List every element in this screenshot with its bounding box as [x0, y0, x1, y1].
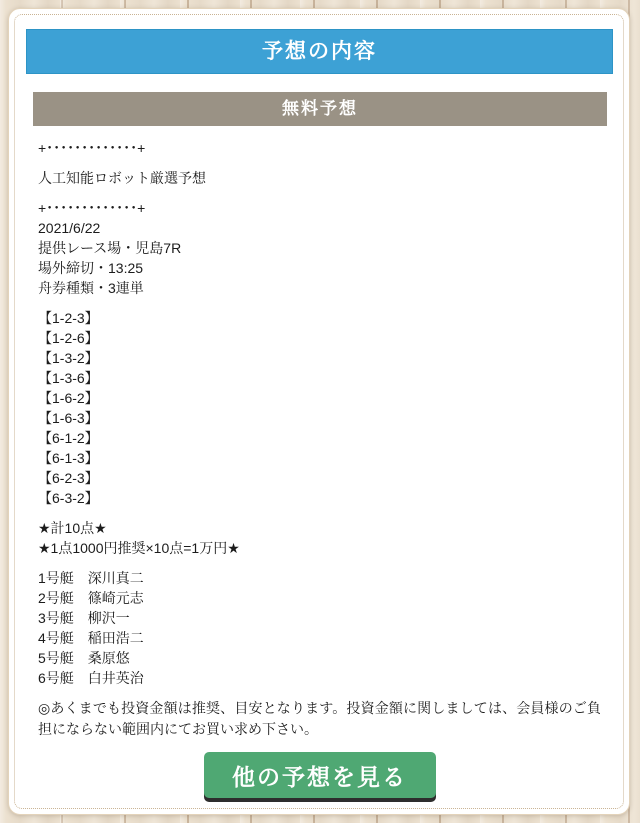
button-row: 他の予想を見る — [38, 752, 601, 798]
disclaimer-text: ◎あくまでも投資金額は推奨、目安となります。投資金額に関しましては、会員様のご負… — [38, 698, 601, 740]
page-title: 予想の内容 — [262, 40, 377, 63]
spacer — [38, 158, 601, 168]
boat-entry-line: 1号艇 深川真二 — [38, 568, 601, 588]
race-info-line: 2021/6/22 — [38, 218, 601, 238]
prediction-content: +･････････････+ 人工知能ロボット厳選予想 +･･････････… — [9, 126, 629, 798]
race-info-line: 場外締切・13:25 — [38, 258, 601, 278]
page-title-bar: 予想の内容 — [26, 29, 613, 74]
combination-line: 【6-1-2】 — [38, 428, 601, 448]
combination-line: 【6-2-3】 — [38, 468, 601, 488]
see-other-predictions-button[interactable]: 他の予想を見る — [204, 752, 436, 798]
race-info-line: 提供レース場・児島7R — [38, 238, 601, 258]
boat-entry-line: 5号艇 桑原悠 — [38, 648, 601, 668]
boat-entry-line: 6号艇 白井英治 — [38, 668, 601, 688]
boat-entry-line: 4号艇 稲田浩二 — [38, 628, 601, 648]
spacer — [38, 558, 601, 568]
section-title: 無料予想 — [282, 99, 358, 118]
combination-line: 【1-2-6】 — [38, 328, 601, 348]
race-info-line: 舟券種類・3連単 — [38, 278, 601, 298]
headline: 人工知能ロボット厳選予想 — [38, 168, 601, 188]
prediction-card: 予想の内容 無料予想 +･････････････+ 人工知能ロボット厳選予想 … — [8, 8, 630, 815]
spacer — [38, 508, 601, 518]
spacer — [38, 688, 601, 698]
combination-line: 【1-3-6】 — [38, 368, 601, 388]
boat-entry-line: 2号艇 篠崎元志 — [38, 588, 601, 608]
combination-line: 【1-6-2】 — [38, 388, 601, 408]
boat-entry-line: 3号艇 柳沢一 — [38, 608, 601, 628]
combination-line: 【6-3-2】 — [38, 488, 601, 508]
combination-line: 【1-3-2】 — [38, 348, 601, 368]
spacer — [38, 188, 601, 198]
spacer — [38, 298, 601, 308]
ascii-divider-bottom: +･････････････+ — [38, 198, 601, 218]
points-summary-line: ★1点1000円推奨×10点=1万円★ — [38, 538, 601, 558]
wood-background: 予想の内容 無料予想 +･････････････+ 人工知能ロボット厳選予想 … — [0, 0, 640, 823]
ascii-divider-top: +･････････････+ — [38, 138, 601, 158]
combination-line: 【1-2-3】 — [38, 308, 601, 328]
points-summary-line: ★計10点★ — [38, 518, 601, 538]
section-title-bar: 無料予想 — [33, 92, 607, 126]
combination-line: 【6-1-3】 — [38, 448, 601, 468]
combination-line: 【1-6-3】 — [38, 408, 601, 428]
